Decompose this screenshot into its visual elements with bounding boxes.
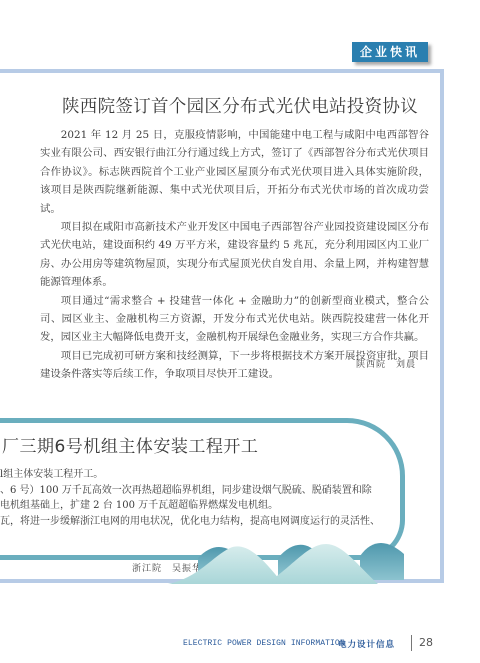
footer-publication-english: ELECTRIC POWER DESIGN INFORMATION <box>183 639 345 648</box>
page-number: 28 <box>419 636 433 649</box>
paragraph: 2021 年 12 月 25 日，克服疫情影响，中国能建中电工程与咸阳中电西部智… <box>40 126 429 218</box>
section-badge: 企业快讯 <box>352 42 428 62</box>
article-1-body: 2021 年 12 月 25 日，克服疫情影响，中国能建中电工程与咸阳中电西部智… <box>40 126 429 384</box>
article-2-body: l组主体安装工程开工。 、6 号）100 万千瓦高效一次再热超超临界机组，同步建… <box>0 467 400 529</box>
text-line: 瓦，将进一步缓解浙江电网的用电状况，优化电力结构，提高电网调度运行的灵活性、 <box>0 514 400 530</box>
text-line: l组主体安装工程开工。 <box>0 467 400 483</box>
article-1-byline: 陕西院 刘晨 <box>356 357 416 370</box>
decorative-waves-graphic <box>168 536 408 594</box>
paragraph: 项目通过“需求整合 + 投建营一体化 + 金融助力”的创新型商业模式，整合公司、… <box>40 292 429 347</box>
article-1-title: 陕西院签订首个园区分布式光伏电站投资协议 <box>40 93 440 118</box>
article-2-title: 厂三期6号机组主体安装工程开工 <box>2 432 258 457</box>
footer-publication-chinese: 电力设计信息 <box>338 638 395 650</box>
footer-divider <box>411 635 412 651</box>
paragraph: 项目拟在咸阳市高新技术产业开发区中国电子西部智谷产业园投资建设园区分布式光伏电站… <box>40 218 429 292</box>
text-line: 电机组基础上，扩建 2 台 100 万千瓦超超临界燃煤发电机组。 <box>0 498 400 514</box>
text-line: 、6 号）100 万千瓦高效一次再热超超临界机组，同步建设烟气脱硫、脱硝装置和除 <box>0 483 400 499</box>
